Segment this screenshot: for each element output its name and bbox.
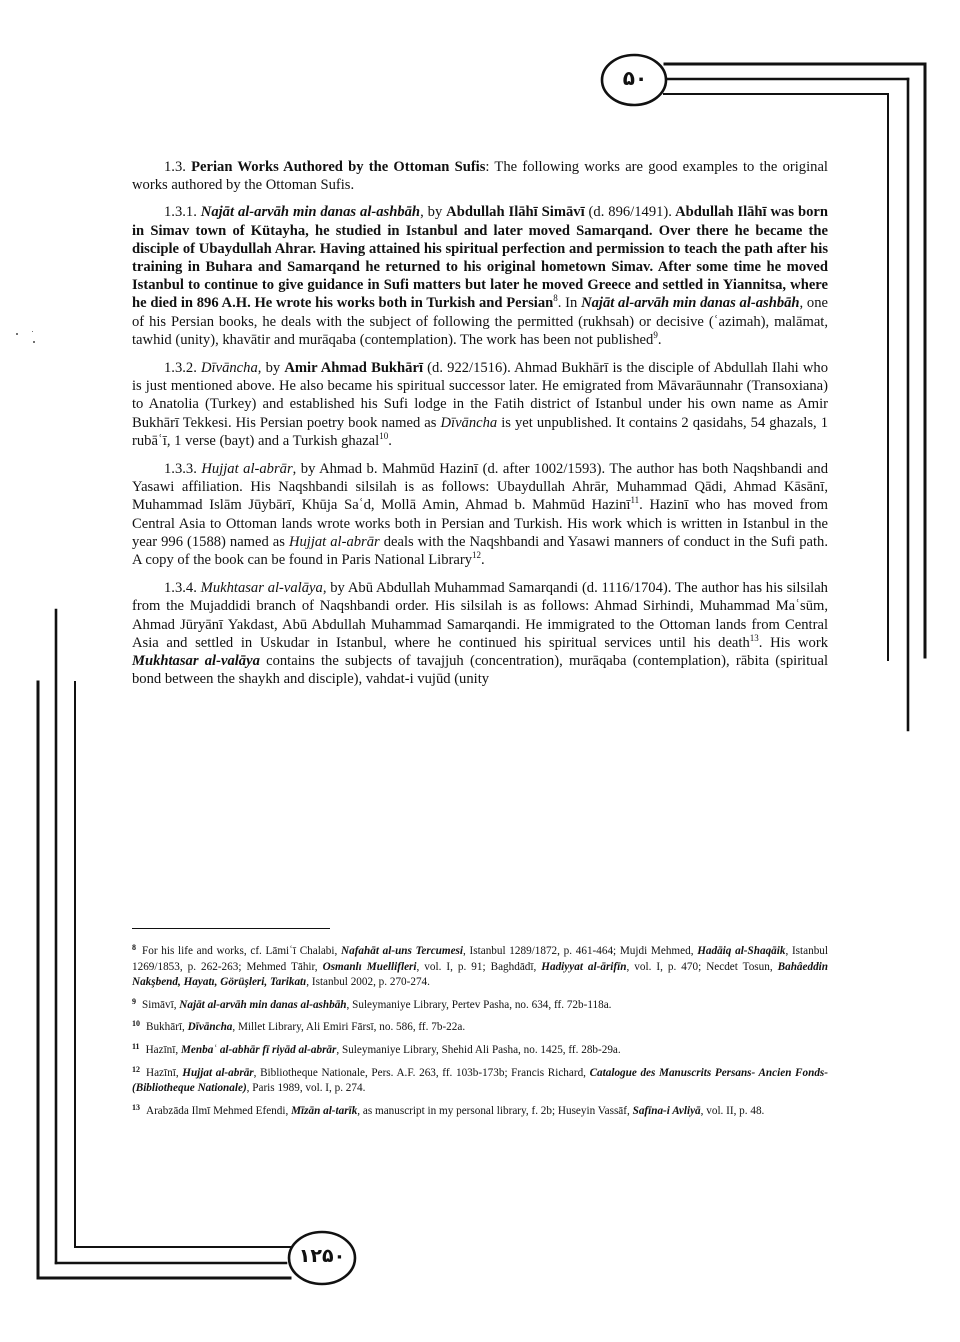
cited-title: Dīvāncha — [188, 1021, 233, 1033]
footnote-text: Arabzāda Ilmī Mehmed Efendi, — [146, 1105, 291, 1117]
entry-text: . — [388, 433, 392, 449]
footnote-text: , Istanbul 2002, p. 270-274. — [306, 976, 430, 988]
entry-1-3-4: 1.3.4. Mukhtasar al-valāya, by Abū Abdul… — [132, 579, 828, 688]
footnote: 13Arabzāda Ilmī Mehmed Efendi, Mīzān al-… — [132, 1104, 828, 1120]
footnote-text: For his life and works, cf. Lāmiʿī Chala… — [142, 945, 341, 957]
footnote-text: , as manuscript in my personal library, … — [357, 1105, 632, 1117]
footnote-text: , vol. I, p. 470; Necdet Tosun, — [626, 961, 777, 973]
author-name: Abdullah Ilāhī Simāvī — [446, 204, 584, 220]
entry-text: . His work — [759, 635, 828, 651]
footnote-text: Hazīnī, — [146, 1044, 181, 1056]
work-title: Mukhtasar al-valāya — [201, 580, 323, 596]
footnote-text: , Millet Library, Ali Emiri Fārsī, no. 5… — [232, 1021, 465, 1033]
author-name: Ahmad b. Mahmūd Hazinī — [319, 461, 478, 477]
work-title: Dīvāncha — [201, 360, 258, 376]
entry-number: 1.3.2. — [164, 360, 197, 376]
footnotes: 8For his life and works, cf. Lāmiʿī Chal… — [132, 944, 828, 1126]
footnote: 12Hazīnī, Hujjat al-abrār, Bibliotheque … — [132, 1066, 828, 1097]
scan-speck — [16, 333, 18, 335]
author-dates: (d. 1116/1704). — [578, 580, 671, 596]
footnote-text: , Suleymaniye Library, Pertev Pasha, no.… — [347, 999, 612, 1011]
entry-1-3-2: 1.3.2. Dīvāncha, by Amir Ahmad Bukhārī (… — [132, 359, 828, 450]
footnote-ref[interactable]: 12 — [472, 550, 481, 560]
cited-title: Hadāiq al-Shaqāik — [697, 945, 785, 957]
footnote-ref[interactable]: 13 — [750, 633, 759, 643]
footnote-marker: 11 — [132, 1042, 140, 1051]
work-title: Hujjat al-abrār — [201, 461, 292, 477]
cited-title: Hadiyyat al-ārifīn — [541, 961, 626, 973]
footnote-text: , Paris 1989, vol. I, p. 274. — [247, 1082, 366, 1094]
footnote-marker: 12 — [132, 1065, 140, 1074]
footnote-text: , vol. I, p. 91; Baghdādī, — [417, 961, 542, 973]
work-title: Dīvāncha — [440, 415, 497, 431]
entry-number: 1.3.1. — [164, 204, 197, 220]
section-heading: Perian Works Authored by the Ottoman Suf… — [191, 159, 485, 175]
entry-text: . In — [558, 295, 581, 311]
footnote-marker: 9 — [132, 997, 136, 1006]
footnote-marker: 8 — [132, 943, 136, 952]
bottom-page-number: ۱۲۵۰ — [290, 1247, 354, 1266]
top-page-number: ۵۰ — [604, 68, 666, 88]
footnote-marker: 13 — [132, 1103, 140, 1112]
byline: , by — [323, 580, 348, 596]
footnote-text: Hazīnī, — [146, 1067, 182, 1079]
work-title: Mukhtasar al-valāya — [132, 653, 260, 669]
cited-title: Osmanlı Muellifleri — [323, 961, 417, 973]
footnote: 11Hazīnī, Menbaʿ al-abhār fī riyād al-ab… — [132, 1043, 828, 1059]
footnote-marker: 10 — [132, 1019, 140, 1028]
scan-speck — [32, 331, 33, 332]
footnote: 10Bukhārī, Dīvāncha, Millet Library, Ali… — [132, 1020, 828, 1036]
section-number: 1.3. — [164, 159, 186, 175]
footnote-text: Simāvī, — [142, 999, 179, 1011]
work-title: Najāt al-arvāh min danas al-ashbāh — [581, 295, 799, 311]
cited-title: Safīna-i Avliyā — [633, 1105, 701, 1117]
cited-title: Najāt al-arvāh min danas al-ashbāh — [179, 999, 346, 1011]
footnote-text: , vol. II, p. 48. — [701, 1105, 765, 1117]
body-text: 1.3. Perian Works Authored by the Ottoma… — [132, 158, 828, 698]
footnote-separator — [132, 928, 330, 929]
entry-1-3-3: 1.3.3. Hujjat al-abrār, by Ahmad b. Mahm… — [132, 460, 828, 569]
byline: , by — [258, 360, 285, 376]
footnote-text: , Bibliotheque Nationale, Pers. A.F. 263… — [254, 1067, 590, 1079]
cited-title: Nafahāt al-uns Tercumesi — [341, 945, 463, 957]
author-name: Abū Abdullah Muhammad Samarqandi — [348, 580, 578, 596]
cited-title: Mīzān al-tarīk — [291, 1105, 357, 1117]
entry-1-3-1: 1.3.1. Najāt al-arvāh min danas al-ashbā… — [132, 203, 828, 349]
footnote-text: Bukhārī, — [146, 1021, 188, 1033]
author-dates: (d. 896/1491). — [585, 204, 672, 220]
byline: , by — [293, 461, 319, 477]
author-name: Amir Ahmad Bukhārī — [284, 360, 423, 376]
work-title: Najāt al-arvāh min danas al-ashbāh — [201, 204, 420, 220]
author-dates: (d. 922/1516). — [423, 360, 511, 376]
entry-text: . — [658, 332, 662, 348]
cited-title: Hujjat al-abrār — [182, 1067, 253, 1079]
footnote-text: , Istanbul 1289/1872, p. 461-464; Mujdi … — [463, 945, 697, 957]
footnote-text: , Suleymaniye Library, Shehid Ali Pasha,… — [336, 1044, 620, 1056]
footnote: 9Simāvī, Najāt al-arvāh min danas al-ash… — [132, 998, 828, 1014]
author-dates: (d. after 1002/1593). — [478, 461, 605, 477]
work-title: Hujjat al-abrār — [289, 534, 380, 550]
cited-title: Menbaʿ al-abhār fī riyād al-abrār — [181, 1044, 336, 1056]
entry-number: 1.3.4. — [164, 580, 197, 596]
scan-speck — [33, 341, 35, 343]
entry-text: . — [481, 552, 485, 568]
footnote: 8For his life and works, cf. Lāmiʿī Chal… — [132, 944, 828, 991]
footnote-ref[interactable]: 11 — [631, 495, 640, 505]
footnote-ref[interactable]: 10 — [379, 431, 388, 441]
section-intro: 1.3. Perian Works Authored by the Ottoma… — [132, 158, 828, 194]
entry-number: 1.3.3. — [164, 461, 197, 477]
byline: , by — [420, 204, 446, 220]
